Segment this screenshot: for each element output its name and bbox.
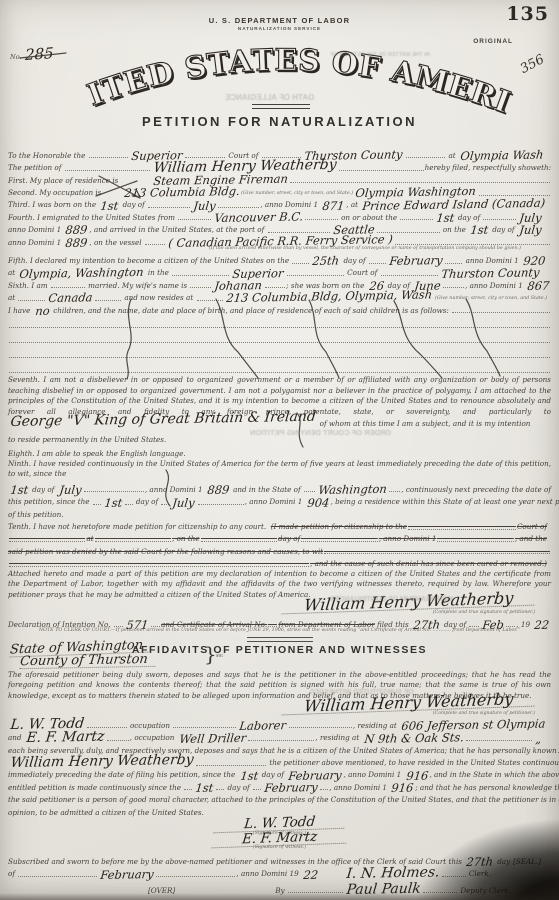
dotted-leader	[290, 182, 550, 183]
printed-text: of	[8, 870, 17, 878]
dotted-leader	[216, 789, 224, 790]
dotted-leader	[288, 892, 343, 893]
line-tenth-2: at, on theday of, anno Domini 1, and the	[8, 531, 551, 543]
line-witness-1: L. W. Todd occupation Laborer, residing …	[8, 717, 551, 729]
handwritten-entry: 213 Columbia Bldg.	[124, 187, 240, 197]
handwritten-entry: 916	[391, 784, 414, 793]
dotted-leader	[483, 219, 515, 220]
handwritten-entry: no	[35, 307, 50, 316]
handwritten-entry: E. F. Martz	[26, 731, 105, 742]
printed-text: day of	[134, 498, 161, 506]
dotted-leader	[442, 876, 466, 877]
handwritten-entry: 920	[523, 257, 546, 266]
printed-text: anno Domini 1	[463, 257, 521, 265]
printed-text: the petitioner above mentioned, to have …	[267, 759, 559, 767]
printed-text: day	[495, 858, 510, 866]
dotted-leader	[443, 287, 464, 288]
handwritten-entry: 1st	[470, 226, 489, 235]
line-subscribed: Subscribed and sworn to before me by the…	[8, 853, 551, 865]
printed-text: , and in the State in which the above-	[429, 771, 559, 779]
line-ninth-state: this petition, since the 1st day of July…	[8, 493, 551, 505]
handwritten-entry: July	[59, 486, 82, 495]
fine-print: (Give number, street, city or town, and …	[433, 296, 547, 301]
blank-line	[8, 314, 551, 329]
handwritten-entry: 1st	[100, 201, 119, 210]
dotted-leader	[466, 740, 532, 741]
dotted-leader	[196, 765, 266, 766]
printed-text: of this petition.	[8, 511, 64, 519]
handwritten-entry: 889	[65, 226, 88, 235]
line-ninth-dates: 1st day of July, anno Domini 1 889 and i…	[8, 481, 551, 493]
struck-leader	[9, 537, 85, 542]
printed-text: at	[8, 294, 17, 302]
dotted-leader	[65, 170, 150, 171]
line-witness-name: William Henry Weatherby the petitioner a…	[8, 754, 551, 766]
handwritten-entry: 1st	[104, 498, 123, 507]
handwritten-entry: N 9th & Oak Sts.	[364, 733, 464, 743]
handwritten-entry: February	[100, 870, 154, 879]
handwritten-entry: 22	[534, 621, 550, 630]
printed-text: in the	[146, 269, 172, 277]
handwritten-entry: 889	[207, 486, 230, 495]
printed-text: , anno Domini 1	[344, 771, 404, 779]
struck-leader	[301, 537, 377, 542]
handwritten-entry: Canada	[48, 294, 93, 303]
printed-text: anno Domini 1	[8, 239, 63, 247]
handwritten-entry: Olympia Washington	[355, 187, 476, 197]
handwritten-entry: Washington	[318, 485, 387, 494]
printed-text: and in the State of	[231, 486, 303, 494]
printed-text: , and arrived in the United States, at t…	[89, 226, 266, 234]
printed-text: opinion, to be admitted a citizen of the…	[8, 809, 204, 817]
printed-text: day of	[120, 201, 147, 209]
handwritten-entry: Feb	[482, 621, 504, 630]
document-title: PETITION FOR NATURALIZATION	[0, 115, 559, 128]
handwritten-entry: 25th	[312, 257, 340, 266]
dotted-leader	[248, 740, 314, 741]
printed-text: anno Domini 1	[8, 226, 63, 234]
printed-text: Eighth. I am able to speak the English l…	[8, 450, 186, 458]
line-tenth: Tenth. I have not heretofore made petiti…	[8, 518, 551, 530]
line-declaration-filed: Declaration of Intention No. 571and Cert…	[8, 616, 551, 628]
dotted-leader	[292, 263, 309, 264]
handwritten-entry: George "V" King of Great Britain & Irela…	[10, 412, 316, 427]
line-reside-permanently: to reside permanently in the United Stat…	[8, 431, 551, 443]
dotted-leader	[148, 207, 190, 208]
printed-text: , residing at	[315, 734, 361, 742]
handwritten-entry: July	[193, 201, 216, 210]
handwritten-entry: 1st	[195, 784, 214, 793]
handwritten-entry: 571	[126, 621, 149, 630]
signature-witness-2: E. F. Martz(Signature of witness.)	[8, 833, 551, 851]
dotted-leader	[265, 287, 286, 288]
dotted-leader	[452, 312, 550, 313]
printed-text: , on the vessel	[89, 239, 143, 247]
dotted-leader	[320, 789, 328, 790]
dotted-leader	[395, 244, 550, 245]
para-ninth: Ninth. I have resided continuously in th…	[8, 459, 551, 480]
struck-text: said petition was denied by the said Cou…	[8, 548, 323, 556]
handwritten-entry: ( Canadian Pacific R.R. Ferry Service )	[168, 235, 393, 247]
struck-leader	[268, 622, 277, 627]
printed-text: Fourth. I emigrated to the United States…	[8, 214, 177, 222]
struck-text: day of	[278, 535, 300, 543]
fine-print: (Give number, street, city or town, and …	[241, 191, 353, 196]
printed-text: hereby filed, respectfully showeth:	[425, 164, 551, 172]
printed-text: , continuously next preceding the date o…	[401, 486, 551, 494]
dotted-leader	[145, 244, 165, 245]
dotted-leader	[9, 372, 550, 373]
dotted-leader	[406, 157, 446, 158]
dotted-leader	[305, 219, 337, 220]
dotted-leader	[184, 789, 192, 790]
printed-text: I have	[8, 307, 33, 315]
printed-text: married. My wife's name is	[86, 282, 190, 290]
handwritten-entry: 867	[527, 282, 550, 291]
handwritten-entry: „	[535, 734, 542, 742]
printed-text: , at	[346, 201, 360, 209]
printed-text: Clerk.	[467, 870, 491, 878]
printed-text: on the	[441, 226, 469, 234]
dotted-leader	[125, 504, 133, 505]
line-tenth-3: said petition was denied by the said Cou…	[8, 543, 551, 555]
dotted-leader	[9, 357, 550, 358]
handwritten-entry: 213 Columbia Bldg, Olympia, Wash	[226, 291, 433, 303]
printed-text: immediately preceding the date of filing…	[8, 771, 238, 779]
handwritten-entry: I. N. Holmes.	[346, 867, 440, 879]
handwritten-entry: February	[389, 256, 443, 265]
struck-text: , on the	[172, 535, 200, 543]
handwritten-entry: Laborer	[239, 721, 286, 730]
handwritten-entry: Olympia, Washington	[19, 267, 144, 277]
printed-text: The petition of	[8, 164, 64, 172]
printed-text: day of	[490, 226, 517, 234]
struck-text: at	[86, 535, 93, 543]
handwritten-entry: William Henry Weatherby	[153, 159, 337, 172]
dotted-leader	[51, 287, 85, 288]
para-seventh: Seventh. I am not a disbeliever in or op…	[8, 375, 551, 430]
note-clerk: NOTE TO CLERK OF COURT.—If petitioner ar…	[8, 628, 551, 634]
handwritten-entry: William Henry Weatherby	[10, 754, 194, 767]
handwritten-entry: 916	[406, 771, 429, 780]
dotted-leader	[178, 219, 210, 220]
printed-text: ; and that he has personal knowledge tha…	[415, 784, 559, 792]
handwritten-entry: Olympia Wash	[460, 151, 544, 161]
dotted-leader	[339, 170, 424, 171]
handwritten-entry: July	[172, 498, 195, 507]
dotted-leader	[218, 207, 260, 208]
struck-leader	[324, 549, 550, 554]
printed-text: and	[8, 734, 24, 742]
printed-text: Third. I was born on the	[8, 201, 98, 209]
struck-text: , and the cause of such denial has since…	[310, 560, 547, 568]
printed-text: , anno Domini 1	[260, 201, 320, 209]
handwritten-entry: 871	[322, 201, 345, 210]
dotted-leader	[389, 491, 400, 492]
signature-caption: (Complete and true signature of petition…	[433, 610, 535, 616]
dotted-leader	[9, 327, 550, 328]
struck-text: , anno Domini 1	[379, 535, 437, 543]
dotted-leader	[198, 504, 244, 505]
handwritten-entry: 27th	[413, 621, 441, 630]
dotted-leader	[197, 300, 223, 301]
handwritten-entry: 889	[65, 238, 88, 247]
printed-text: occupation	[128, 722, 173, 730]
printed-text: , occupation	[130, 734, 177, 742]
dotted-leader	[381, 275, 438, 276]
dotted-leader	[18, 876, 97, 877]
dotted-leader	[93, 504, 101, 505]
dotted-leader	[304, 491, 315, 492]
printed-text: , anno Domini 19	[236, 870, 301, 878]
struck-leader	[9, 562, 309, 567]
handwritten-entry: 606 Jefferson st Olympia	[401, 720, 546, 731]
struck-leader	[95, 537, 171, 542]
printed-text: Deputy Clerk.	[458, 887, 511, 895]
handwritten-entry: February	[288, 771, 342, 780]
struck-leader	[437, 537, 513, 542]
printed-text: , anno Domini 1	[245, 498, 305, 506]
struck-leader	[201, 537, 277, 542]
divider	[247, 637, 313, 642]
handwritten-entry: Well Driller	[179, 733, 247, 742]
printed-text: Ninth. I have resided continuously in th…	[8, 459, 551, 479]
handwritten-entry: Paul Paulk	[346, 884, 421, 895]
line-over-deputy: [OVER]By Paul Paulk Deputy Clerk.	[8, 882, 551, 894]
line-tenth-4: , and the cause of such denial has since…	[8, 555, 551, 567]
printed-text: day of	[341, 257, 368, 265]
handwritten-entry: Prince Edward Island (Canada)	[362, 198, 546, 209]
dotted-leader	[161, 504, 169, 505]
dotted-leader	[445, 263, 462, 264]
struck-text: , and the	[515, 535, 547, 543]
line-residence: First. My place of residence is Steam En…	[8, 172, 551, 184]
printed-text: Court of	[345, 269, 380, 277]
line-occupation: Second. My occupation is 213 Columbia Bl…	[8, 184, 551, 196]
printed-text: children, and the name, date and place o…	[51, 307, 451, 315]
blank-line	[8, 344, 551, 359]
dotted-leader	[84, 491, 144, 492]
handwritten-entry: Johanan	[214, 281, 262, 290]
dotted-leader	[107, 740, 129, 741]
title-divider	[252, 104, 310, 109]
printed-text: to reside permanently in the United Stat…	[8, 436, 166, 444]
dotted-leader	[173, 727, 236, 728]
blank-line	[8, 359, 551, 374]
dotted-leader	[369, 263, 386, 264]
printed-text: First. My place of residence is	[8, 177, 121, 185]
dotted-leader	[95, 300, 121, 301]
printed-text: day of	[225, 784, 252, 792]
printed-text: day of	[259, 771, 286, 779]
line-declared-intention: Fifth. I declared my intention to become…	[8, 252, 551, 264]
handwritten-entry: February	[264, 783, 318, 792]
handwritten-entry: July	[519, 226, 542, 235]
printed-text: day of	[30, 486, 57, 494]
dotted-leader	[172, 275, 229, 276]
printed-text: , anno Domini 1	[329, 784, 389, 792]
document-page: 135 U. S. DEPARTMENT OF LABOR NATURALIZA…	[0, 0, 559, 900]
printed-text: at	[446, 152, 458, 160]
printed-text: [OVER]	[148, 887, 175, 895]
printed-text: To the Honorable the	[8, 152, 88, 160]
printed-text: , being a residence within this State of…	[331, 498, 559, 506]
dotted-leader	[89, 157, 129, 158]
state-county-block: State of WashingtonCounty of Thurston}ss…	[8, 643, 268, 669]
dotted-leader	[190, 287, 211, 288]
line-intention-court: at Olympia, Washington in the Superior C…	[8, 265, 551, 277]
handwritten-entry: Vancouver B.C.	[214, 213, 304, 223]
handwritten-entry: 1st	[10, 486, 29, 495]
handwritten-entry: 1st	[240, 771, 259, 780]
handwritten-entry: Superior	[232, 269, 284, 278]
line-witness-dates-2: entitled petition is made continuously s…	[8, 779, 551, 791]
line-birth: Third. I was born on the 1st day of July…	[8, 197, 551, 209]
struck-text: Court of	[517, 523, 547, 531]
printed-text: , anno Domini 1	[145, 486, 205, 494]
printed-text: Fifth. I declared my intention to become…	[8, 257, 291, 265]
svg-text:UNITED STATES OF AMERICA: UNITED STATES OF AMERICA	[0, 0, 515, 121]
printed-text: By	[275, 887, 287, 895]
dotted-leader	[253, 789, 261, 790]
printed-text: , residing at	[353, 722, 399, 730]
dotted-leader	[9, 342, 550, 343]
signature-name: E. F. Martz	[211, 830, 347, 847]
dotted-leader	[423, 892, 457, 893]
printed-text: [SEAL.]	[513, 858, 541, 866]
handwritten-entry: Thurston County	[441, 268, 540, 278]
handwritten-entry: July	[519, 214, 542, 223]
blank-line	[8, 329, 551, 344]
printed-text: , anno Domini 1	[465, 282, 525, 290]
petition-form: To the Honorable the Superior Court of T…	[8, 147, 551, 894]
printed-text: day of	[456, 214, 483, 222]
ss-label: ss:	[216, 653, 224, 659]
handwritten-entry: 904	[307, 498, 330, 507]
dotted-leader	[400, 219, 432, 220]
printed-text: of whom at this time I am a subject, and…	[317, 419, 530, 428]
struck-leader	[408, 525, 516, 530]
printed-text: this petition, since the	[8, 498, 92, 506]
line-eighth: Eighth. I am able to speak the English l…	[8, 445, 551, 457]
dotted-leader	[156, 876, 235, 877]
handwritten-entry: 22	[303, 870, 319, 879]
printed-text: at	[8, 269, 17, 277]
printed-text: Second. My occupation is	[8, 189, 104, 197]
dotted-leader	[287, 275, 344, 276]
brace-glyph: }	[204, 643, 217, 665]
printed-text: on or about the	[339, 214, 400, 222]
struck-text: (I made petition for citizenship to the	[271, 523, 407, 531]
printed-text: entitled petition is made continuously s…	[8, 784, 183, 792]
arc-title-text: UNITED STATES OF AMERICA	[0, 0, 515, 121]
handwritten-entry: 1st	[436, 214, 455, 223]
county-line: County of Thurston	[19, 653, 156, 669]
line-wife-residence: at Canada and now resides at 213 Columbi…	[8, 289, 551, 301]
handwritten-entry: 27th	[466, 858, 494, 867]
dotted-leader	[289, 727, 352, 728]
line-ninth-end: of this petition.	[8, 506, 551, 518]
dotted-leader	[18, 300, 44, 301]
printed-text: the said petitioner is a person of good …	[8, 796, 559, 804]
printed-text: Tenth. I have not heretofore made petiti…	[8, 523, 271, 531]
printed-text: and now resides at	[122, 294, 195, 302]
printed-text: Sixth. I am	[8, 282, 50, 290]
